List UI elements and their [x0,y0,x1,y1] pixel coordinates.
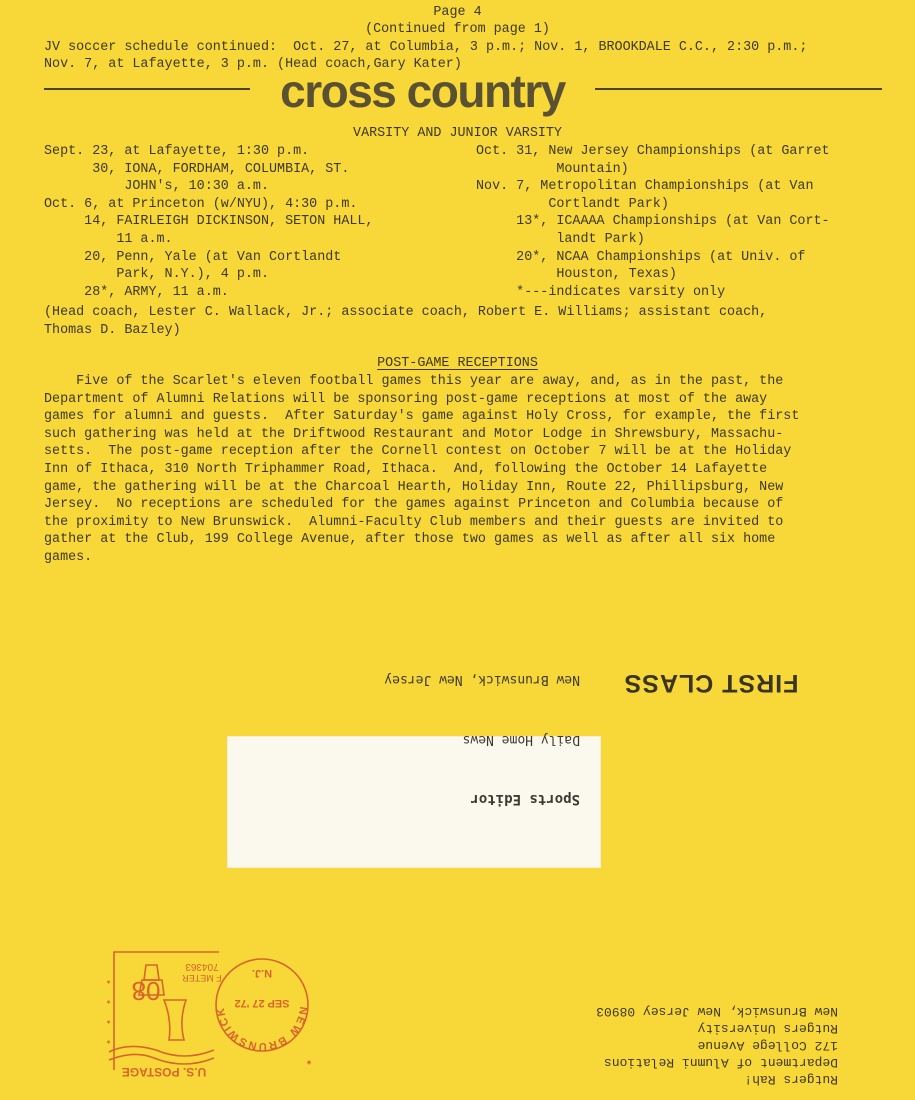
recipient-line: Sports Editor [384,789,580,809]
address-label: Sports Editor Daily Home News New Brunsw… [228,737,600,867]
svg-text:★: ★ [106,977,111,986]
recipient-address: Sports Editor Daily Home News New Brunsw… [228,737,600,867]
receptions-paragraph: Five of the Scarlet's eleven football ga… [44,373,799,567]
svg-text:N.J.: N.J. [252,967,272,979]
section-title: cross country [250,66,595,116]
schedule-left-column: Sept. 23, at Lafayette, 1:30 p.m. 30, IO… [44,143,373,301]
return-address-line: Rutgers University [548,1020,838,1037]
svg-text:NEW BRUNSWICK: NEW BRUNSWICK [215,1006,309,1052]
svg-text:U.S. POSTAGE: U.S. POSTAGE [122,1065,206,1079]
coaches-line: Thomas D. Bazley) [44,322,767,340]
return-address: Rutgers Rah! Department of Alumni Relati… [548,998,838,1088]
return-address-line: New Brunswick, New Jersey 08903 [548,1003,838,1020]
schedule-entry: 30, IONA, FORDHAM, COLUMBIA, ST. [44,161,373,179]
return-address-line: 172 College Avenue [548,1037,838,1054]
schedule-entry: Oct. 31, New Jersey Championships (at Ga… [476,143,830,161]
paragraph-line: games. [44,549,799,567]
svg-text:704363: 704363 [185,961,219,972]
schedule-entry: Houston, Texas) [476,266,830,284]
meter-stamp-graphic: NEW BRUNSWICK SEP 27 '72 N.J. ★ 08 U.S. … [104,940,314,1080]
receptions-heading: POST-GAME RECEPTIONS [0,355,915,373]
schedule-entry: 14, FAIRLEIGH DICKINSON, SETON HALL, [44,213,373,231]
paragraph-line: the proximity to New Brunswick. Alumni-F… [44,514,799,532]
schedule-entry: JOHN's, 10:30 a.m. [44,178,373,196]
svg-text:08: 08 [132,976,161,1006]
paragraph-line: gather at the Club, 199 College Avenue, … [44,531,799,549]
receptions-heading-text: POST-GAME RECEPTIONS [377,356,538,371]
paragraph-line: such gathering was held at the Driftwood… [44,426,799,444]
paragraph-line: games for alumni and guests. After Satur… [44,408,799,426]
schedule-entry: landt Park) [476,231,830,249]
schedule-entry: Cortlandt Park) [476,196,830,214]
section-subtitle: VARSITY AND JUNIOR VARSITY [0,125,915,143]
svg-text:★: ★ [306,1056,312,1067]
schedule-entry: 20*, NCAA Championships (at Univ. of [476,249,830,267]
postmark-circle-icon: NEW BRUNSWICK SEP 27 '72 N.J. ★ [215,959,312,1067]
schedule-entry: Sept. 23, at Lafayette, 1:30 p.m. [44,143,373,161]
meter-indicia-icon: 08 U.S. POSTAGE F METER 704363 ★ ★ ★ ★ [106,952,222,1079]
paragraph-line: Five of the Scarlet's eleven football ga… [44,373,799,391]
postage-meter-stamp: NEW BRUNSWICK SEP 27 '72 N.J. ★ 08 U.S. … [104,940,314,1080]
schedule-entry: 13*, ICAAAA Championships (at Van Cort- [476,213,830,231]
recipient-line: New Brunswick, New Jersey [384,669,580,689]
jv-soccer-schedule-line: JV soccer schedule continued: Oct. 27, a… [44,39,807,57]
first-class-label: FIRST CLASS [606,668,816,697]
schedule-entry: Oct. 6, at Princeton (w/NYU), 4:30 p.m. [44,196,373,214]
svg-text:★: ★ [106,1037,111,1046]
paragraph-line: Inn of Ithaca, 310 North Triphammer Road… [44,461,799,479]
page-number: Page 4 [0,4,915,22]
varsity-only-footnote: *---indicates varsity only [476,284,830,302]
schedule-entry: Mountain) [476,161,830,179]
schedule-entry: Park, N.Y.), 4 p.m. [44,266,373,284]
schedule-entry: 20, Penn, Yale (at Van Cortlandt [44,249,373,267]
return-address-line: Department of Alumni Relations [548,1054,838,1071]
return-address-line: Rutgers Rah! [548,1071,838,1088]
continued-note: (Continued from page 1) [0,21,915,39]
svg-text:F METER: F METER [182,973,222,983]
title-rule-right [595,88,882,90]
schedule-entry: 11 a.m. [44,231,373,249]
recipient-line: Daily Home News [384,729,580,749]
svg-text:★: ★ [106,997,111,1006]
schedule-entry: Nov. 7, Metropolitan Championships (at V… [476,178,830,196]
paragraph-line: Jersey. No receptions are scheduled for … [44,496,799,514]
coaches-line: (Head coach, Lester C. Wallack, Jr.; ass… [44,304,767,322]
paragraph-line: game, the gathering will be at the Charc… [44,479,799,497]
schedule-entry: 28*, ARMY, 11 a.m. [44,284,373,302]
svg-text:SEP 27 '72: SEP 27 '72 [234,997,289,1009]
coaches-note: (Head coach, Lester C. Wallack, Jr.; ass… [44,304,767,339]
paragraph-line: Department of Alumni Relations will be s… [44,391,799,409]
title-rule-left [44,88,250,90]
svg-text:★: ★ [106,1017,111,1026]
schedule-right-column: Oct. 31, New Jersey Championships (at Ga… [476,143,830,301]
paragraph-line: setts. The post-game reception after the… [44,443,799,461]
